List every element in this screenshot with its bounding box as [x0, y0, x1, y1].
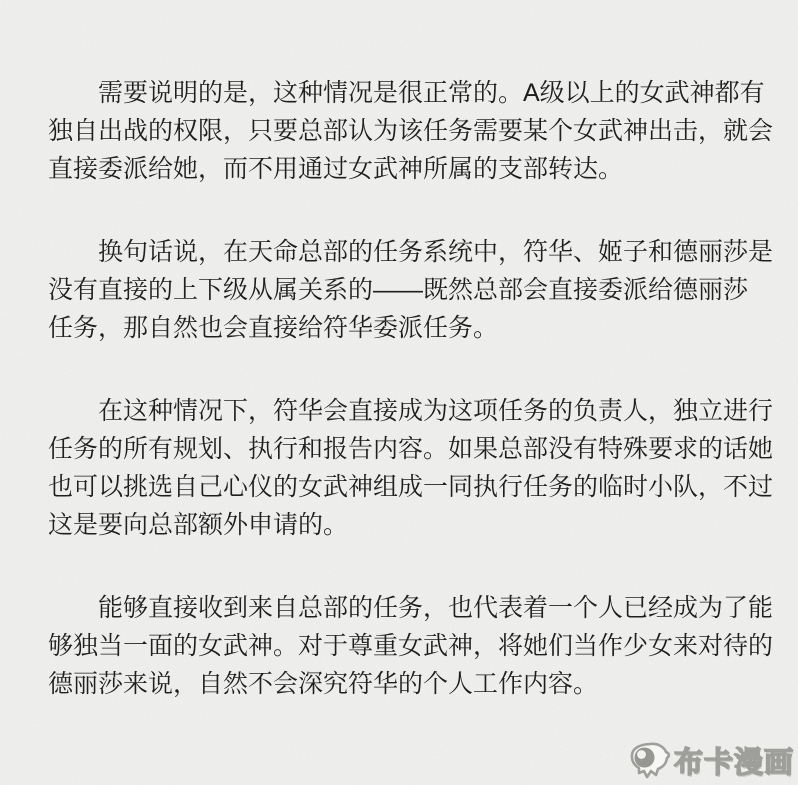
- paragraph-4: 能够直接收到来自总部的任务，也代表着一个人已经成为了能 够独当一面的女武神。对于…: [48, 589, 754, 703]
- text-line: 任务，那自然也会直接给符华委派任务。: [48, 309, 754, 347]
- text-line: 能够直接收到来自总部的任务，也代表着一个人已经成为了能: [48, 589, 754, 627]
- paragraph-1: 需要说明的是，这种情况是很正常的。A级以上的女武神都有 独自出战的权限，只要总部…: [48, 74, 754, 188]
- text-line: 任务的所有规划、执行和报告内容。如果总部没有特殊要求的话她: [48, 430, 754, 468]
- text-line: 也可以挑选自己心仪的女武神组成一同执行任务的临时小队，不过: [48, 468, 754, 506]
- text-line: 没有直接的上下级从属关系的——既然总部会直接委派给德丽莎: [48, 271, 754, 309]
- text-line: 这是要向总部额外申请的。: [48, 506, 754, 544]
- paragraph-2: 换句话说，在天命总部的任务系统中，符华、姬子和德丽莎是 没有直接的上下级从属关系…: [48, 233, 754, 347]
- novel-text-page: 需要说明的是，这种情况是很正常的。A级以上的女武神都有 独自出战的权限，只要总部…: [0, 0, 798, 785]
- paragraph-3: 在这种情况下，符华会直接成为这项任务的负责人，独立进行 任务的所有规划、执行和报…: [48, 392, 754, 544]
- text-line: 独自出战的权限，只要总部认为该任务需要某个女武神出击，就会: [48, 112, 754, 150]
- text-line: 在这种情况下，符华会直接成为这项任务的负责人，独立进行: [48, 392, 754, 430]
- text-line: 需要说明的是，这种情况是很正常的。A级以上的女武神都有: [48, 74, 754, 112]
- text-line: 德丽莎来说，自然不会深究符华的个人工作内容。: [48, 665, 754, 703]
- buka-logo-icon: [629, 742, 671, 780]
- text-line: 直接委派给她，而不用通过女武神所属的支部转达。: [48, 150, 754, 188]
- text-line: 换句话说，在天命总部的任务系统中，符华、姬子和德丽莎是: [48, 233, 754, 271]
- buka-watermark: 布卡漫画: [629, 740, 794, 781]
- text-line: 够独当一面的女武神。对于尊重女武神，将她们当作少女来对待的: [48, 627, 754, 665]
- watermark-brand-text: 布卡漫画: [674, 740, 794, 781]
